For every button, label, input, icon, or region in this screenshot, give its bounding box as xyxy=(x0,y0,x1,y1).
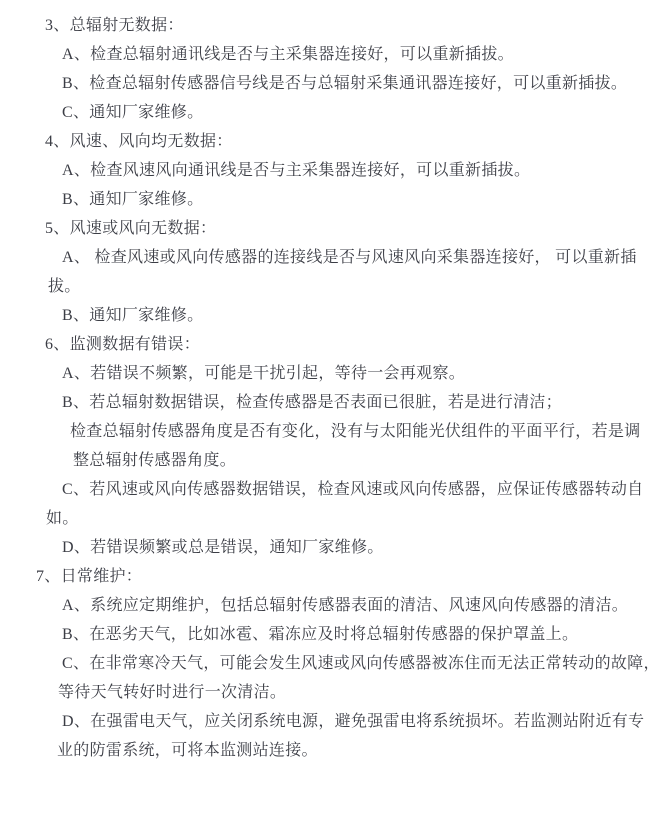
section-5-item-a-cont: 拔。 xyxy=(0,272,667,301)
section-7-item-b: B、在恶劣天气，比如冰雹、霜冻应及时将总辐射传感器的保护罩盖上。 xyxy=(0,620,667,649)
section-7-item-d-cont: 业的防雷系统，可将本监测站连接。 xyxy=(0,736,667,765)
section-4-item-a: A、检查风速风向通讯线是否与主采集器连接好，可以重新插拔。 xyxy=(0,156,667,185)
section-7-item-a: A、系统应定期维护，包括总辐射传感器表面的清洁、风速风向传感器的清洁。 xyxy=(0,591,667,620)
section-7-item-d: D、在强雷电天气，应关闭系统电源，避免强雷电将系统损坏。若监测站附近有专 xyxy=(0,707,667,736)
section-6-item-b-cont-1: 检查总辐射传感器角度是否有变化，没有与太阳能光伏组件的平面平行，若是调 xyxy=(0,417,667,446)
section-6-item-d: D、若错误频繁或总是错误，通知厂家维修。 xyxy=(0,533,667,562)
section-3-item-c: C、通知厂家维修。 xyxy=(0,98,667,127)
section-7-heading: 7、日常维护： xyxy=(0,562,667,591)
section-4-item-b: B、通知厂家维修。 xyxy=(0,185,667,214)
section-3-item-b: B、检查总辐射传感器信号线是否与总辐射采集通讯器连接好，可以重新插拔。 xyxy=(0,69,667,98)
section-3-item-a: A、检查总辐射通讯线是否与主采集器连接好，可以重新插拔。 xyxy=(0,40,667,69)
section-6-item-b: B、若总辐射数据错误，检查传感器是否表面已很脏，若是进行清洁； xyxy=(0,388,667,417)
section-6-item-a: A、若错误不频繁，可能是干扰引起，等待一会再观察。 xyxy=(0,359,667,388)
section-3-heading: 3、总辐射无数据： xyxy=(0,11,667,40)
section-5-item-b: B、通知厂家维修。 xyxy=(0,301,667,330)
document-page: 3、总辐射无数据： A、检查总辐射通讯线是否与主采集器连接好，可以重新插拔。 B… xyxy=(0,0,667,814)
section-4-heading: 4、风速、风向均无数据： xyxy=(0,127,667,156)
section-7-item-c-cont: 等待天气转好时进行一次清洁。 xyxy=(0,678,667,707)
section-7-item-c: C、在非常寒冷天气，可能会发生风速或风向传感器被冻住而无法正常转动的故障， xyxy=(0,649,667,678)
section-5-item-a: A、 检查风速或风向传感器的连接线是否与风速风向采集器连接好， 可以重新插 xyxy=(0,243,667,272)
section-5-heading: 5、风速或风向无数据： xyxy=(0,214,667,243)
section-6-item-c-cont: 如。 xyxy=(0,504,667,533)
section-6-item-b-cont-2: 整总辐射传感器角度。 xyxy=(0,446,667,475)
document-body: 3、总辐射无数据： A、检查总辐射通讯线是否与主采集器连接好，可以重新插拔。 B… xyxy=(0,0,667,765)
section-6-heading: 6、监测数据有错误： xyxy=(0,330,667,359)
section-6-item-c: C、若风速或风向传感器数据错误，检查风速或风向传感器，应保证传感器转动自 xyxy=(0,475,667,504)
